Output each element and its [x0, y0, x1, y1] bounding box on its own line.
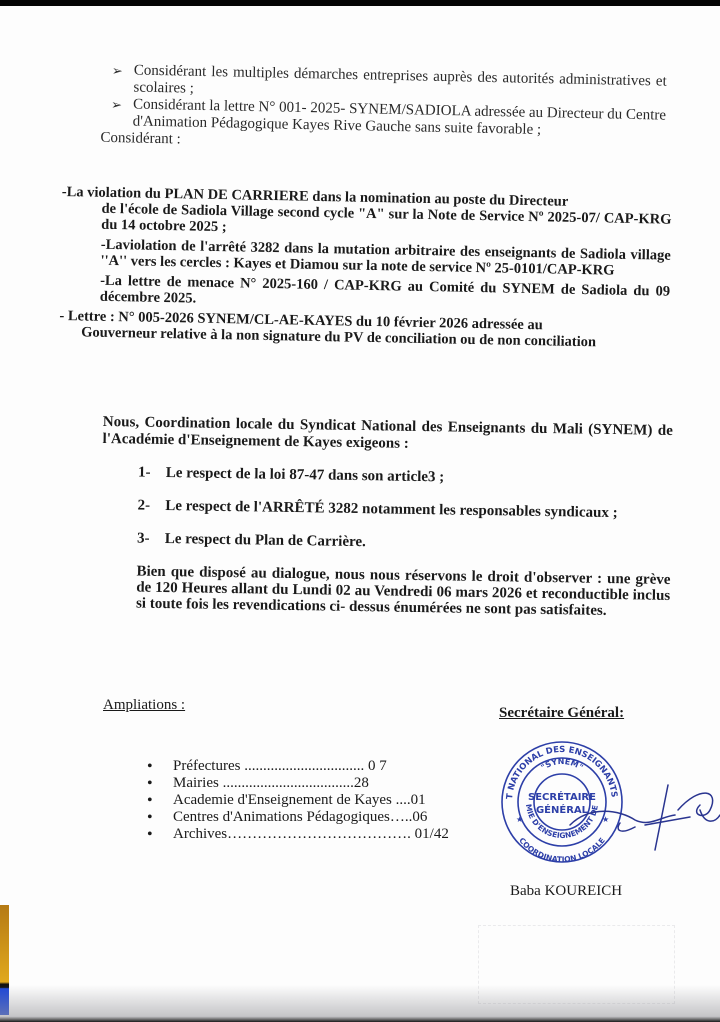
- ampliation-item: Centres d'Animations Pédagogiques…..06: [147, 809, 477, 826]
- arrow-bullet-icon: ➢: [111, 96, 122, 113]
- arrow-bullet-icon: ➢: [112, 62, 123, 79]
- demand-item: 1- Le respect de la loi 87-47 dans son a…: [138, 465, 672, 490]
- strike-notice: Bien que disposé au dialogue, nous nous …: [136, 564, 671, 620]
- ampliation-item: Archives………………………………. 01/42: [147, 826, 477, 843]
- considerants-section: ➢ Considérant les multiples démarches en…: [110, 62, 667, 159]
- demands-intro: Nous, Coordination locale du Syndicat Na…: [102, 414, 672, 457]
- ampliation-item: Academie d'Enseignement de Kayes ....01: [147, 792, 477, 809]
- ampliation-item: Mairies ................................…: [147, 775, 477, 792]
- ampliations-title: Ampliations :: [103, 697, 185, 714]
- violation-item: - Lettre : N° 005-2026 SYNEM/CL-AE-KAYES…: [59, 308, 670, 352]
- demand-item: 2- Le respect de l'ARRÊTÉ 3282 notamment…: [137, 498, 671, 523]
- signatory-title: Secrétaire Général:: [499, 705, 624, 722]
- signatory-name: Baba KOUREICH: [510, 883, 622, 900]
- ampliations-list: Préfectures ............................…: [147, 758, 477, 843]
- svg-text:★: ★: [516, 815, 523, 824]
- ampliation-item: Préfectures ............................…: [147, 758, 477, 775]
- photo-bottom-shadow: [0, 985, 720, 1022]
- handwritten-signature-icon: [560, 765, 720, 865]
- demands-list: 1- Le respect de la loi 87-47 dans son a…: [101, 464, 672, 556]
- photo-top-border: [0, 0, 720, 6]
- demand-item: 3- Le respect du Plan de Carrière.: [137, 531, 671, 556]
- violation-item: -La violation du PLAN DE CARRIERE dans l…: [61, 184, 672, 244]
- demands-section: Nous, Coordination locale du Syndicat Na…: [100, 414, 673, 620]
- violations-section: -La violation du PLAN DE CARRIERE dans l…: [59, 184, 672, 356]
